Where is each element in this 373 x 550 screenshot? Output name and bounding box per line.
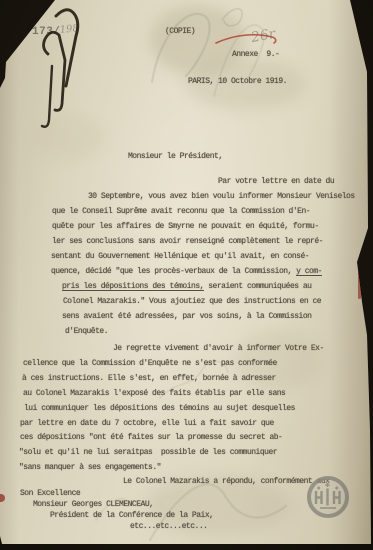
red-pencil-arc	[0, 0, 373, 550]
letter-line: lui communiquer les dépositions des témo…	[24, 404, 295, 413]
letter-line: pris les dépositions des témoins, seraie…	[62, 282, 311, 291]
letter-line: Le Colonel Mazarakis a répondu, conformé…	[123, 477, 329, 486]
letter-line: Par votre lettre en date du	[218, 177, 334, 186]
letter-line: à ces instructions. Elle s'est, en effet…	[22, 374, 276, 383]
red-edge-mark	[358, 267, 361, 299]
letter-line: d'Enquête.	[65, 327, 108, 336]
address-line: etc...etc...etc...	[130, 522, 207, 531]
letter-line: sens avaient été adressées, par vos soin…	[62, 312, 311, 321]
annex-label: Annexe 9.-	[232, 50, 279, 59]
miet-watermark-stamp-icon	[306, 474, 350, 520]
letter-line: par lettre en date du 7 octobre, elle lu…	[20, 419, 274, 428]
letter-paper: 173/198 (COPIE) Annexe 9.- PARIS, 10 Oct…	[0, 0, 373, 550]
letter-line: Colonel Mazarakis." Vous ajoutiez que de…	[63, 297, 321, 306]
paper-stain	[185, 58, 305, 110]
pencil-note: 26r	[250, 26, 277, 46]
letter-line: ler ses conclusions sans avoir renseigné…	[52, 237, 323, 246]
address-line: Président de la Conférence de la Paix,	[50, 511, 213, 520]
letter-line: cellence que la Commission d'Enquête ne …	[23, 359, 277, 368]
address-line: Monsieur Georges CLEMENCEAU,	[33, 500, 153, 509]
red-margin-dot	[0, 494, 5, 502]
scanned-letter-page: { "meta": { "archive_number_typed": "173…	[0, 0, 373, 550]
archive-number-pencil: 198	[60, 23, 80, 36]
letter-line: Monsieur le Président,	[128, 152, 223, 161]
letter-line: sentant du Gouvernement Hellénique et qu…	[51, 252, 309, 261]
letter-line: ces dépositions "ont été faites sur la p…	[20, 433, 282, 442]
letter-line: que le Conseil Suprême avait reconnu que…	[52, 207, 310, 216]
letter-line: quête pour les affaires de Smyrne ne pou…	[52, 222, 319, 231]
handwriting-trace	[0, 0, 373, 550]
paper-stain	[145, 475, 290, 535]
paper-stain	[150, 5, 245, 75]
archive-number: 173/198	[32, 21, 80, 39]
place-date: PARIS, 10 Octobre 1919.	[188, 77, 287, 86]
letter-line: Je regrette vivement d'avoir à informer …	[113, 344, 324, 353]
paper-stain	[35, 115, 105, 160]
paper-stain	[235, 330, 320, 390]
letter-line: "sans manquer à ses engagements."	[19, 463, 161, 472]
archive-number-typed: 173/	[32, 26, 60, 38]
letter-line: 30 Septembre, vous avez bien voulu infor…	[88, 192, 355, 201]
letter-line: quence, décidé "que les procès-verbaux d…	[51, 267, 322, 276]
letter-line: au Colonel Mazarakis l'exposé des faits …	[23, 389, 285, 398]
address-line: Son Excellence	[20, 489, 80, 498]
letter-line: "solu et qu'il ne lui seraitpas possible…	[19, 448, 277, 457]
copy-label: (COPIE)	[165, 27, 195, 36]
